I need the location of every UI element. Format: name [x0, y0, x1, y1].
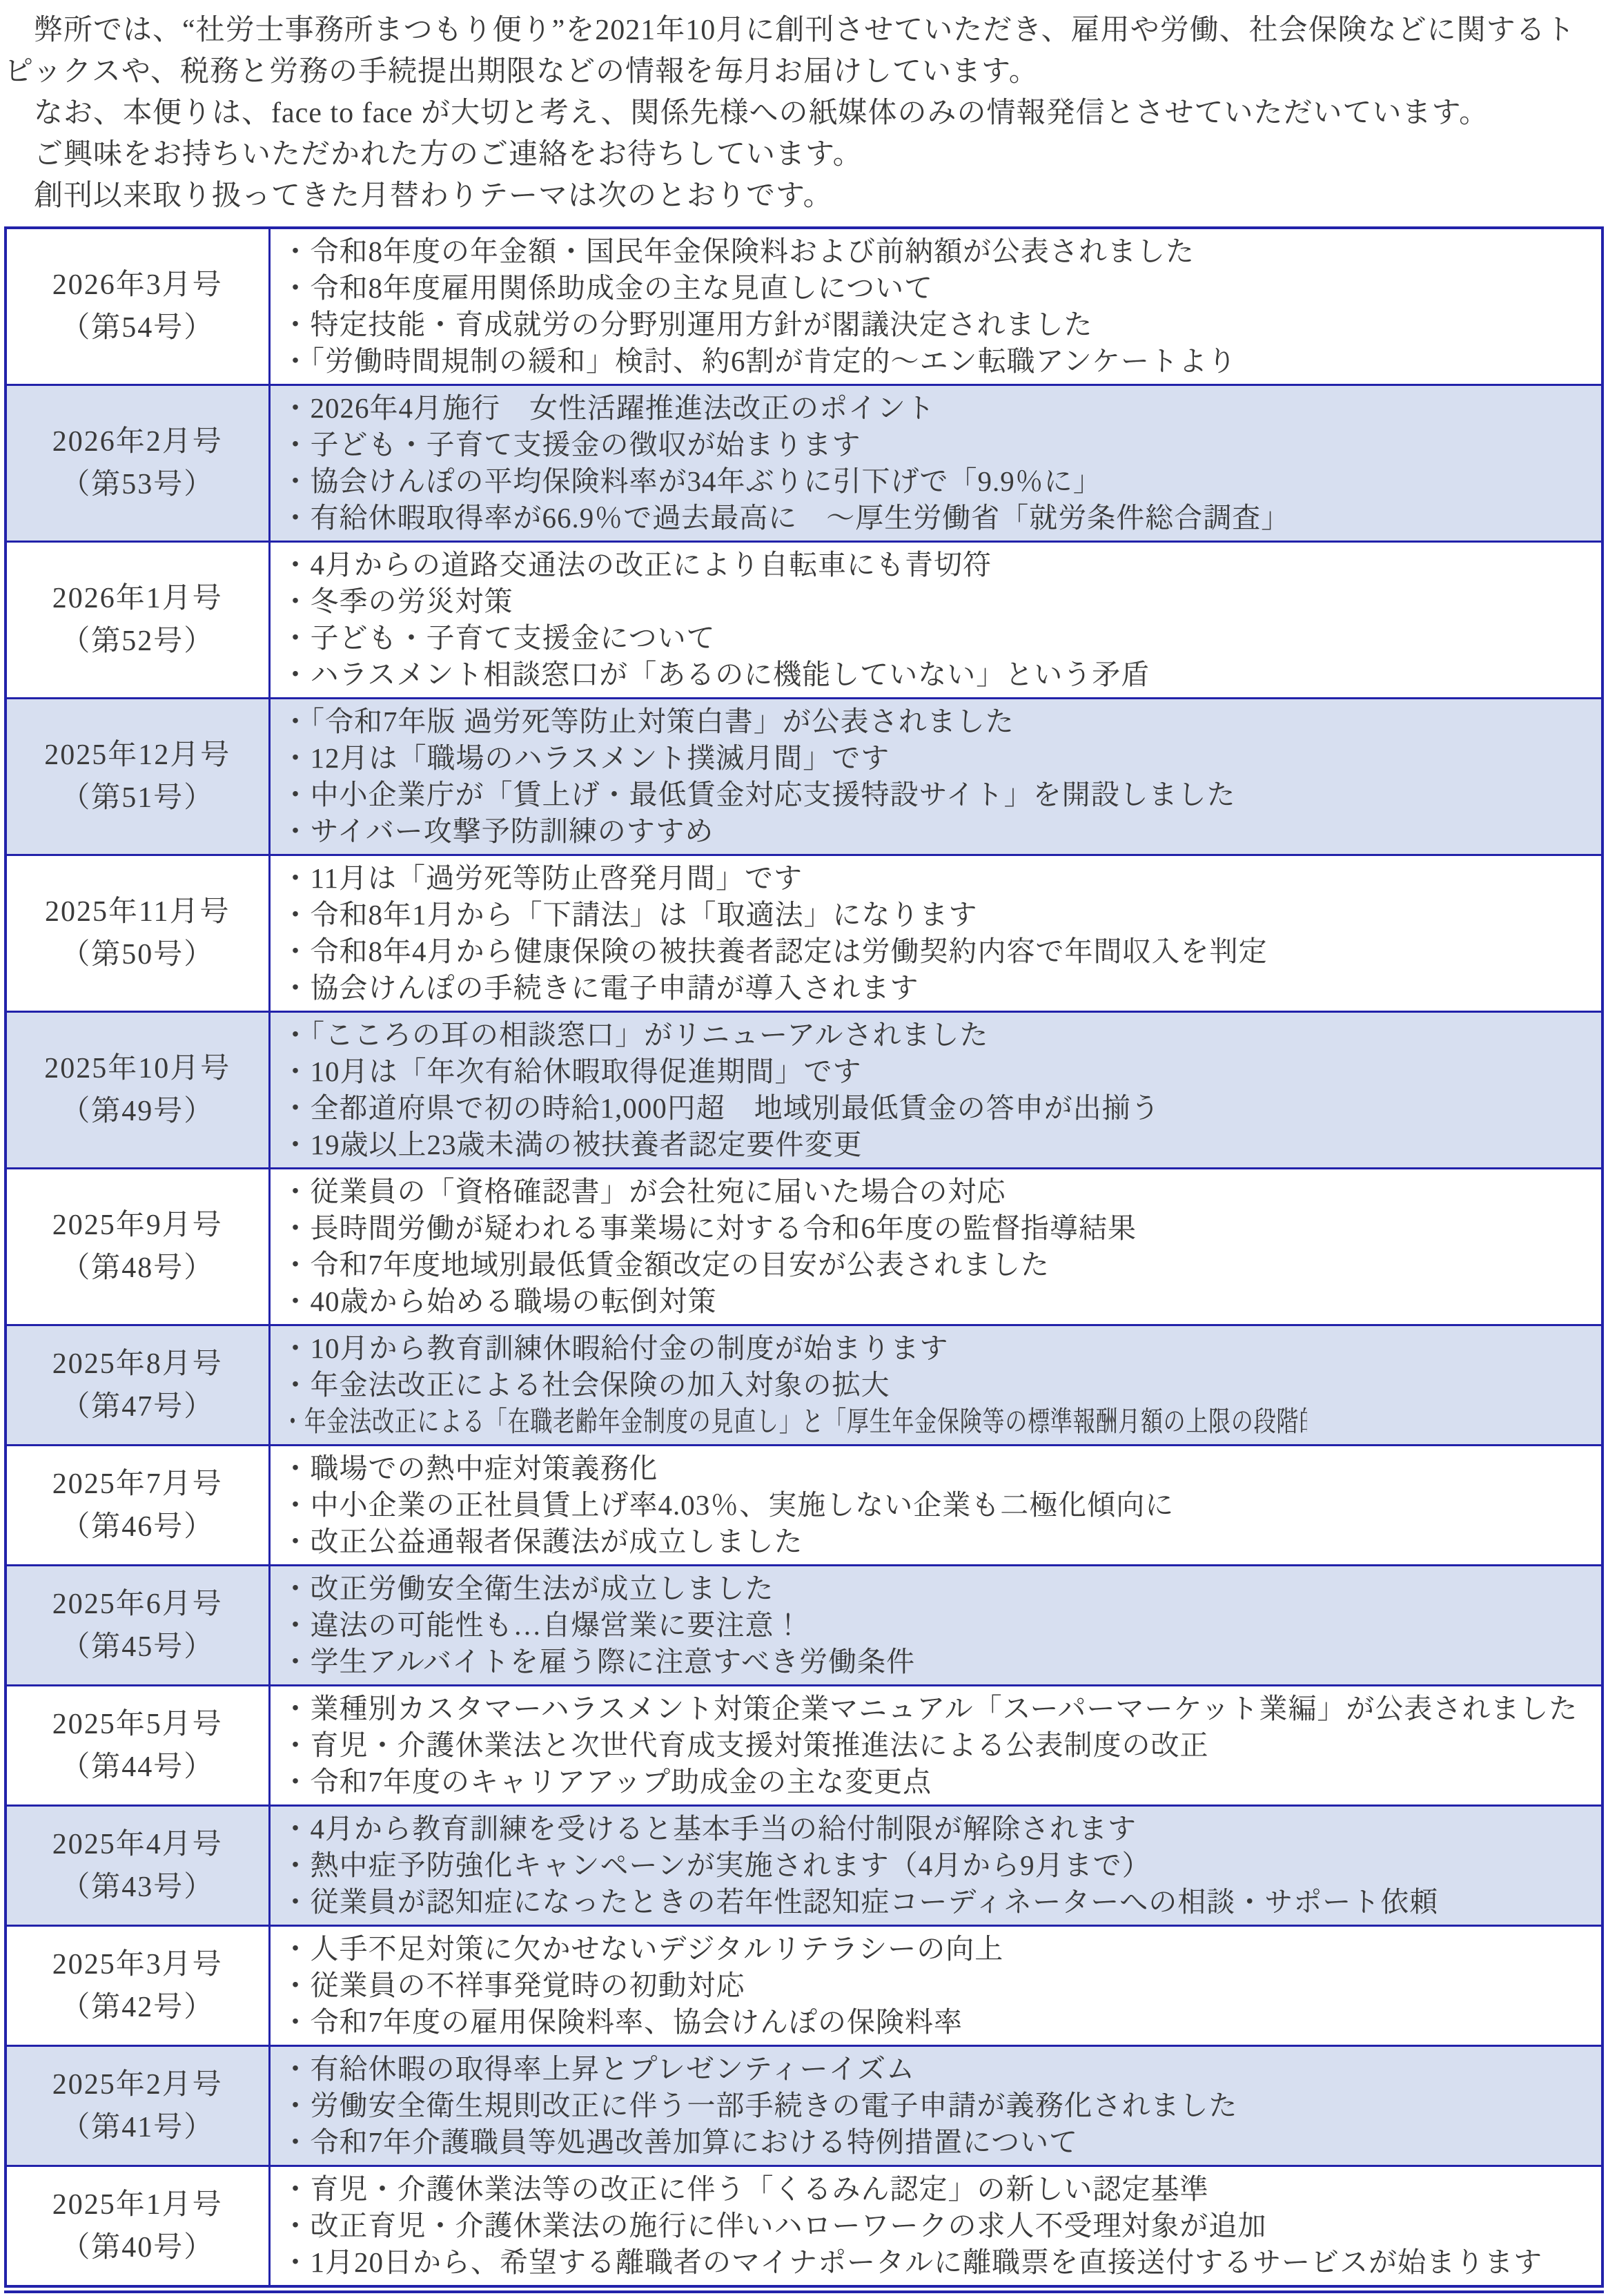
issue-label-cell: 2025年1月号（第40号）	[6, 2166, 269, 2290]
topic-item: ・「労働時間規制の緩和」検討、約6割が肯定的～エン転職アンケートより	[282, 343, 1596, 380]
issue-row: 2025年1月号（第40号）・育児・介護休業法等の改正に伴う「くるみん認定」の新…	[6, 2166, 1602, 2290]
topic-item: ・育児・介護休業法と次世代育成支援対策推進法による公表制度の改正	[282, 1727, 1596, 1764]
issue-label-cell: 2025年7月号（第46号）	[6, 1446, 269, 1566]
issue-row: 2025年6月号（第45号）・改正労働安全衛生法が成立しました・違法の可能性も……	[6, 1566, 1602, 1686]
issue-label-cell: 2025年11月号（第50号）	[6, 855, 269, 1012]
issue-row: 2025年8月号（第47号）・10月から教育訓練休暇給付金の制度が始まります・年…	[6, 1325, 1602, 1446]
topics-cell: ・4月からの道路交通法の改正により自転車にも青切符・冬季の労災対策・子ども・子育…	[269, 542, 1602, 699]
topic-item: ・改正労働安全衛生法が成立しました	[282, 1570, 1596, 1607]
issue-number: （第42号）	[7, 1986, 268, 2029]
issue-label-cell: 2025年8月号（第47号）	[6, 1325, 269, 1446]
issue-row: 2025年9月号（第48号）・従業員の「資格確認書」が会社宛に届いた場合の対応・…	[6, 1169, 1602, 1325]
topic-item: ・育児・介護休業法等の改正に伴う「くるみん認定」の新しい認定基準	[282, 2171, 1596, 2208]
issue-name: 2026年1月号	[7, 577, 268, 620]
issue-label-cell: 2026年1月号（第52号）	[6, 542, 269, 699]
issue-number: （第41号）	[7, 2106, 268, 2149]
topic-item: ・違法の可能性も…自爆営業に要注意！	[282, 1607, 1596, 1644]
issue-label-cell: 2025年6月号（第45号）	[6, 1566, 269, 1686]
issue-label-cell: 2026年2月号（第53号）	[6, 385, 269, 542]
topic-item: ・2026年4月施行 女性活躍推進法改正のポイント	[282, 390, 1596, 427]
issue-number: （第53号）	[7, 463, 268, 506]
topics-cell: ・2026年4月施行 女性活躍推進法改正のポイント・子ども・子育て支援金の徴収が…	[269, 385, 1602, 542]
topic-item: ・有給休暇取得率が66.9％で過去最高に ～厚生労働省「就労条件総合調査」	[282, 500, 1596, 536]
topic-item: ・従業員の不祥事発覚時の初動対応	[282, 1967, 1596, 2004]
topic-item: ・4月からの道路交通法の改正により自転車にも青切符	[282, 547, 1596, 583]
issue-label-cell: 2025年2月号（第41号）	[6, 2046, 269, 2166]
topics-cell: ・人手不足対策に欠かせないデジタルリテラシーの向上・従業員の不祥事発覚時の初動対…	[269, 1926, 1602, 2046]
issue-row: 2026年1月号（第52号）・4月からの道路交通法の改正により自転車にも青切符・…	[6, 542, 1602, 699]
topic-item: ・改正育児・介護休業法の施行に伴いハローワークの求人不受理対象が追加	[282, 2208, 1596, 2244]
intro-paragraph-1: 弊所では、“社労士事務所まつもり便り”を2021年10月に創刊させていただき、雇…	[4, 10, 1604, 93]
topic-item: ・子ども・子育て支援金について	[282, 620, 1596, 656]
topic-item: ・サイバー攻撃予防訓練のすすめ	[282, 813, 1596, 850]
topic-item: ・熱中症予防強化キャンペーンが実施されます（4月から9月まで）	[282, 1847, 1596, 1884]
issue-name: 2025年8月号	[7, 1343, 268, 1385]
topic-item: ・改正公益通報者保護法が成立しました	[282, 1524, 1596, 1560]
topic-item: ・長時間労働が疑われる事業場に対する令和6年度の監督指導結果	[282, 1210, 1596, 1247]
back-issues-table: 2026年3月号（第54号）・令和8年度の年金額・国民年金保険料および前納額が公…	[4, 226, 1604, 2293]
topic-item: ・有給休暇の取得率上昇とプレゼンティーイズム	[282, 2051, 1596, 2088]
topics-cell: ・4月から教育訓練を受けると基本手当の給付制限が解除されます・熱中症予防強化キャ…	[269, 1806, 1602, 1926]
issue-name: 2025年1月号	[7, 2183, 268, 2226]
issue-name: 2025年2月号	[7, 2063, 268, 2106]
intro-section: 弊所では、“社労士事務所まつもり便り”を2021年10月に創刊させていただき、雇…	[4, 10, 1604, 217]
topics-cell: ・業種別カスタマーハラスメント対策企業マニュアル「スーパーマーケット業編」が公表…	[269, 1686, 1602, 1806]
issue-row: 2025年4月号（第43号）・4月から教育訓練を受けると基本手当の給付制限が解除…	[6, 1806, 1602, 1926]
issue-label-cell: 2025年9月号（第48号）	[6, 1169, 269, 1325]
issue-name: 2025年4月号	[7, 1823, 268, 1866]
issue-name: 2026年2月号	[7, 420, 268, 463]
topic-item: ・協会けんぽの平均保険料率が34年ぶりに引下げで「9.9％に」	[282, 463, 1596, 500]
issue-label-cell: 2025年5月号（第44号）	[6, 1686, 269, 1806]
issue-row: 2025年11月号（第50号）・11月は「過労死等防止啓発月間」です・令和8年1…	[6, 855, 1602, 1012]
topic-item: ・10月は「年次有給休暇取得促進期間」です	[282, 1053, 1596, 1090]
issue-name: 2025年6月号	[7, 1583, 268, 1626]
topic-item: ・1月20日から、希望する離職者のマイナポータルに離職票を直接送付するサービスが…	[282, 2244, 1596, 2281]
topic-item: ・ハラスメント相談窓口が「あるのに機能していない」という矛盾	[282, 656, 1596, 693]
topic-item: ・4月から教育訓練を受けると基本手当の給付制限が解除されます	[282, 1811, 1596, 1847]
issue-label-cell: 2025年10月号（第49号）	[6, 1012, 269, 1169]
intro-paragraph-3: ご興味をお持ちいただかれた方のご連絡をお待ちしています。	[4, 134, 1604, 175]
issue-name: 2025年11月号	[7, 891, 268, 933]
issue-name: 2025年3月号	[7, 1943, 268, 1986]
issue-name: 2025年9月号	[7, 1204, 268, 1247]
issue-number: （第51号）	[7, 777, 268, 819]
topics-cell: ・従業員の「資格確認書」が会社宛に届いた場合の対応・長時間労働が疑われる事業場に…	[269, 1169, 1602, 1325]
topic-item: ・特定技能・育成就労の分野別運用方針が閣議決定されました	[282, 307, 1596, 343]
topics-cell: ・10月から教育訓練休暇給付金の制度が始まります・年金法改正による社会保険の加入…	[269, 1325, 1602, 1446]
intro-paragraph-2: なお、本便りは、face to face が大切と考え、関係先様への紙媒体のみの…	[4, 93, 1604, 134]
issue-row: 2025年2月号（第41号）・有給休暇の取得率上昇とプレゼンティーイズム・労働安…	[6, 2046, 1602, 2166]
issue-label-cell: 2025年12月号（第51号）	[6, 699, 269, 855]
topic-item: ・年金法改正による社会保険の加入対象の拡大	[282, 1367, 1596, 1403]
topic-item: ・11月は「過労死等防止啓発月間」です	[282, 860, 1596, 897]
intro-paragraph-4: 創刊以来取り扱ってきた月替わりテーマは次のとおりです。	[4, 175, 1604, 217]
topic-item: ・令和7年度地域別最低賃金額改定の目安が公表されました	[282, 1247, 1596, 1283]
topic-item: ・職場での熱中症対策義務化	[282, 1450, 1596, 1487]
topics-cell: ・育児・介護休業法等の改正に伴う「くるみん認定」の新しい認定基準・改正育児・介護…	[269, 2166, 1602, 2290]
issue-row: 2026年2月号（第53号）・2026年4月施行 女性活躍推進法改正のポイント・…	[6, 385, 1602, 542]
issue-number: （第54号）	[7, 307, 268, 349]
issue-number: （第45号）	[7, 1626, 268, 1669]
issue-row: 2025年12月号（第51号）・「令和7年版 過労死等防止対策白書」が公表されま…	[6, 699, 1602, 855]
topic-item: ・従業員が認知症になったときの若年性認知症コーディネーターへの相談・サポート依頼	[282, 1884, 1596, 1920]
topic-item: ・人手不足対策に欠かせないデジタルリテラシーの向上	[282, 1931, 1596, 1967]
issue-row: 2025年3月号（第42号）・人手不足対策に欠かせないデジタルリテラシーの向上・…	[6, 1926, 1602, 2046]
issue-name: 2025年7月号	[7, 1463, 268, 1506]
back-issues-table-body: 2026年3月号（第54号）・令和8年度の年金額・国民年金保険料および前納額が公…	[6, 228, 1602, 2289]
newsletter-page: 弊所では、“社労士事務所まつもり便り”を2021年10月に創刊させていただき、雇…	[0, 0, 1608, 2296]
issue-name: 2026年3月号	[7, 264, 268, 307]
topics-cell: ・「令和7年版 過労死等防止対策白書」が公表されました・12月は「職場のハラスメ…	[269, 699, 1602, 855]
topic-item: ・中小企業庁が「賃上げ・最低賃金対応支援特設サイト」を開設しました	[282, 777, 1596, 813]
topic-item: ・従業員の「資格確認書」が会社宛に届いた場合の対応	[282, 1174, 1596, 1210]
topic-item: ・令和7年度の雇用保険料率、協会けんぽの保険料率	[282, 2004, 1596, 2041]
topics-cell: ・有給休暇の取得率上昇とプレゼンティーイズム・労働安全衛生規則改正に伴う一部手続…	[269, 2046, 1602, 2166]
issue-row: 2026年3月号（第54号）・令和8年度の年金額・国民年金保険料および前納額が公…	[6, 228, 1602, 385]
topic-item: ・令和7年度のキャリアアップ助成金の主な変更点	[282, 1764, 1596, 1800]
topic-item: ・令和8年4月から健康保険の被扶養者認定は労働契約内容で年間収入を判定	[282, 933, 1596, 970]
issue-number: （第52号）	[7, 620, 268, 663]
issue-row: 2025年10月号（第49号）・「こころの耳の相談窓口」がリニューアルされました…	[6, 1012, 1602, 1169]
issue-number: （第49号）	[7, 1090, 268, 1133]
topics-cell: ・改正労働安全衛生法が成立しました・違法の可能性も…自爆営業に要注意！・学生アル…	[269, 1566, 1602, 1686]
topic-item: ・子ども・子育て支援金の徴収が始まります	[282, 427, 1596, 463]
issue-number: （第43号）	[7, 1866, 268, 1909]
topic-item: ・中小企業の正社員賃上げ率4.03％、実施しない企業も二極化傾向に	[282, 1487, 1596, 1524]
topic-item: ・年金法改正による「在職老齢年金制度の見直し」と「厚生年金保険等の標準報酬月額の…	[282, 1403, 1307, 1440]
topics-cell: ・「こころの耳の相談窓口」がリニューアルされました・10月は「年次有給休暇取得促…	[269, 1012, 1602, 1169]
topics-cell: ・11月は「過労死等防止啓発月間」です・令和8年1月から「下請法」は「取適法」に…	[269, 855, 1602, 1012]
topic-item: ・業種別カスタマーハラスメント対策企業マニュアル「スーパーマーケット業編」が公表…	[282, 1691, 1596, 1727]
topic-item: ・全都道府県で初の時給1,000円超 地域別最低賃金の答申が出揃う	[282, 1090, 1596, 1127]
topic-item: ・令和8年1月から「下請法」は「取適法」になります	[282, 897, 1596, 933]
issue-number: （第46号）	[7, 1506, 268, 1548]
issue-number: （第44号）	[7, 1746, 268, 1789]
issue-number: （第50号）	[7, 933, 268, 976]
topic-item: ・冬季の労災対策	[282, 583, 1596, 620]
topic-item: ・令和7年介護職員等処遇改善加算における特例措置について	[282, 2124, 1596, 2161]
topic-item: ・令和8年度の年金額・国民年金保険料および前納額が公表されました	[282, 233, 1596, 270]
topic-item: ・「こころの耳の相談窓口」がリニューアルされました	[282, 1017, 1596, 1053]
issue-number: （第40号）	[7, 2226, 268, 2269]
issue-row: 2025年7月号（第46号）・職場での熱中症対策義務化・中小企業の正社員賃上げ率…	[6, 1446, 1602, 1566]
issue-label-cell: 2025年4月号（第43号）	[6, 1806, 269, 1926]
issue-number: （第48号）	[7, 1247, 268, 1290]
issue-name: 2025年12月号	[7, 734, 268, 777]
topics-cell: ・職場での熱中症対策義務化・中小企業の正社員賃上げ率4.03％、実施しない企業も…	[269, 1446, 1602, 1566]
issue-row: 2025年5月号（第44号）・業種別カスタマーハラスメント対策企業マニュアル「ス…	[6, 1686, 1602, 1806]
topic-item: ・協会けんぽの手続きに電子申請が導入されます	[282, 970, 1596, 1006]
issue-number: （第47号）	[7, 1385, 268, 1428]
topic-item: ・19歳以上23歳未満の被扶養者認定要件変更	[282, 1127, 1596, 1163]
topics-cell: ・令和8年度の年金額・国民年金保険料および前納額が公表されました・令和8年度雇用…	[269, 228, 1602, 385]
topic-item: ・令和8年度雇用関係助成金の主な見直しについて	[282, 270, 1596, 307]
issue-label-cell: 2026年3月号（第54号）	[6, 228, 269, 385]
topic-item: ・「令和7年版 過労死等防止対策白書」が公表されました	[282, 703, 1596, 740]
topic-item: ・12月は「職場のハラスメント撲滅月間」です	[282, 740, 1596, 777]
topic-item: ・学生アルバイトを雇う際に注意すべき労働条件	[282, 1644, 1596, 1680]
issue-label-cell: 2025年3月号（第42号）	[6, 1926, 269, 2046]
topic-item: ・労働安全衛生規則改正に伴う一部手続きの電子申請が義務化されました	[282, 2088, 1596, 2124]
topic-item: ・40歳から始める職場の転倒対策	[282, 1283, 1596, 1320]
topic-item: ・10月から教育訓練休暇給付金の制度が始まります	[282, 1330, 1596, 1367]
issue-name: 2025年5月号	[7, 1703, 268, 1746]
issue-name: 2025年10月号	[7, 1047, 268, 1090]
